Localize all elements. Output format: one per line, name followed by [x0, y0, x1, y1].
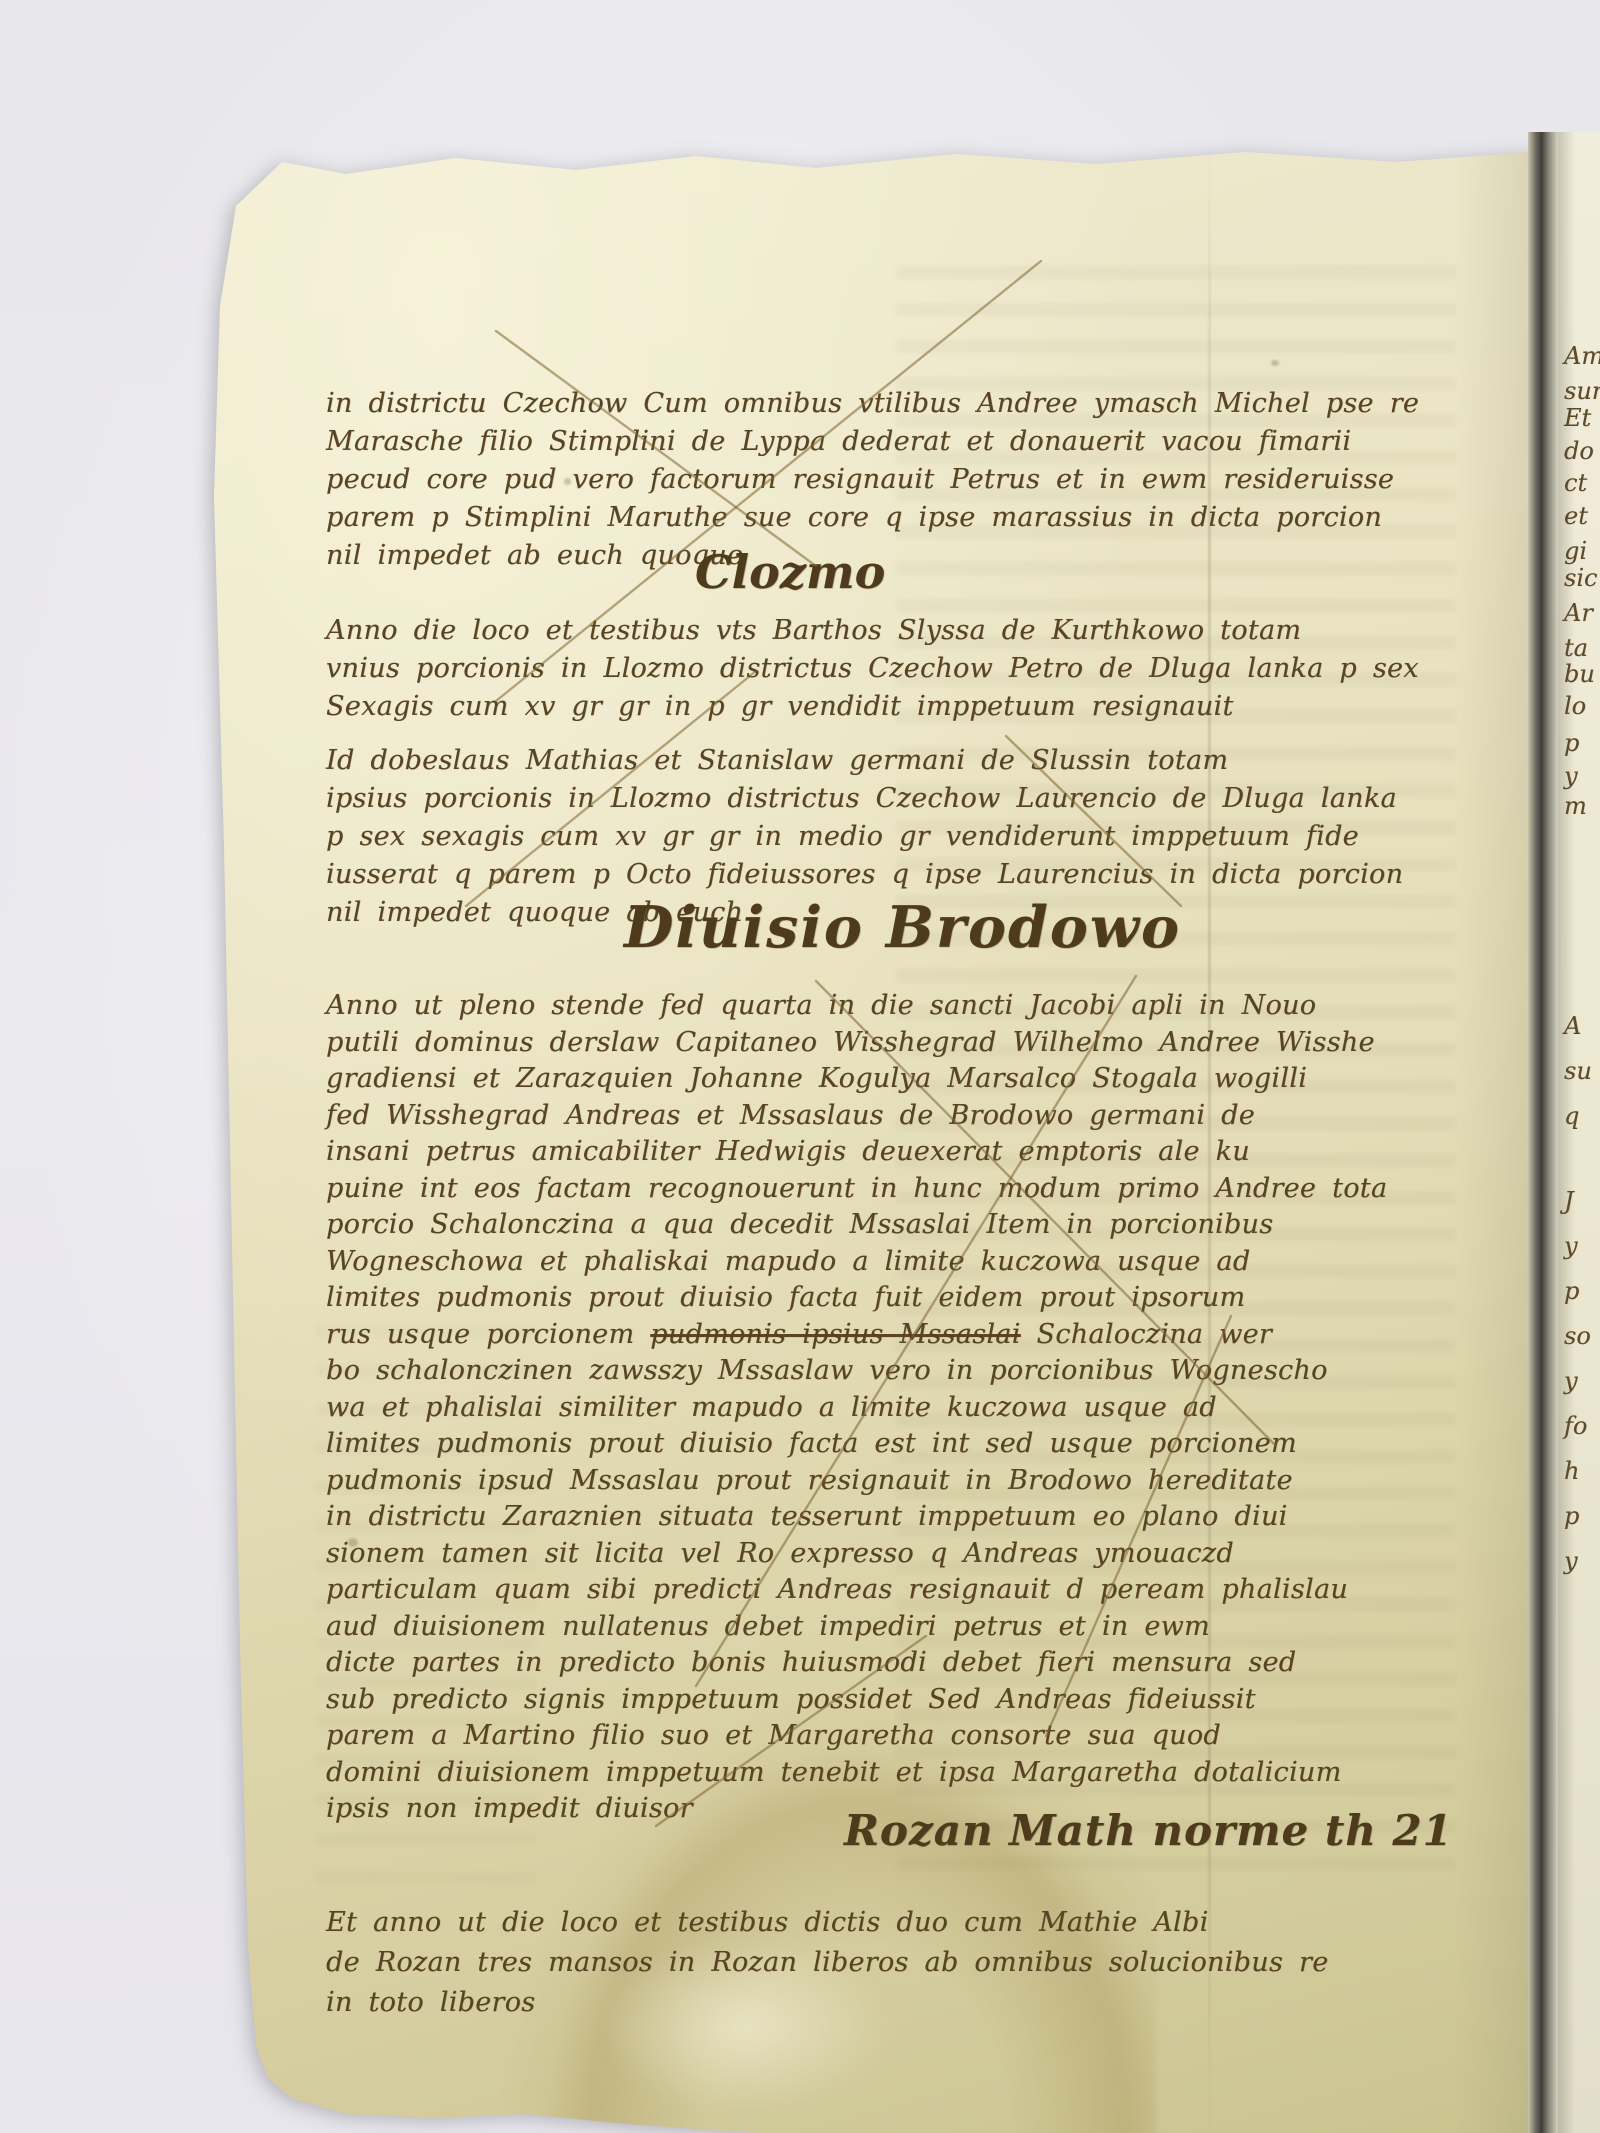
facing-page-line-fragment: y	[1564, 1367, 1578, 1395]
manuscript-line: pudmonis ipsud Mssaslau prout resignauit…	[326, 1463, 1506, 1500]
manuscript-line: particulam quam sibi predicti Andreas re…	[326, 1572, 1506, 1609]
facing-page-edge: AmsumEtdoctetgisicArtabulopymAsuqJypsoyf…	[1558, 132, 1600, 2133]
manuscript-line: de Rozan tres mansos in Rozan liberos ab…	[326, 1943, 1506, 1983]
manuscript-line: putili dominus derslaw Capitaneo Wissheg…	[326, 1025, 1506, 1062]
facing-page-line-fragment: q	[1564, 1102, 1579, 1130]
facing-page-line-fragment: p	[1564, 729, 1579, 757]
facing-page-line-fragment: p	[1564, 1502, 1579, 1530]
facing-page-line-fragment: sum	[1564, 377, 1600, 405]
facing-page-line-fragment: ta	[1564, 634, 1588, 662]
manuscript-line: Id dobeslaus Mathias et Stanislaw german…	[326, 742, 1506, 780]
manuscript-line: nil impedet ab euch quoque	[326, 537, 1506, 575]
facing-page-line-fragment: Ar	[1564, 599, 1593, 627]
manuscript-line: limites pudmonis prout diuisio facta est…	[326, 1426, 1506, 1463]
manuscript-line: Wogneschowa et phaliskai mapudo a limite…	[326, 1244, 1506, 1281]
scan-background: in districtu Czechow Cum omnibus vtilibu…	[0, 0, 1600, 2133]
entry-paragraph-5: Et anno ut die loco et testibus dictis d…	[326, 1903, 1506, 2023]
manuscript-line: domini diuisionem imppetuum tenebit et i…	[326, 1755, 1506, 1792]
manuscript-page-wrap: in districtu Czechow Cum omnibus vtilibu…	[196, 146, 1548, 2133]
binding-gutter	[1528, 132, 1558, 2133]
facing-page-line-fragment: sic	[1564, 564, 1597, 592]
ink-spot	[1271, 360, 1279, 366]
facing-page-line-fragment: bu	[1564, 660, 1595, 688]
facing-page-line-fragment: m	[1564, 792, 1587, 820]
facing-page-line-fragment: y	[1564, 1547, 1578, 1575]
facing-page-line-fragment: et	[1564, 502, 1588, 530]
section-heading-rozan: Rozan Math norme th 21	[844, 1806, 1453, 1855]
entry-paragraph-4: Anno ut pleno stende fed quarta in die s…	[326, 988, 1506, 1828]
manuscript-line: wa et phalislai similiter mapudo a limit…	[326, 1390, 1506, 1427]
facing-page-line-fragment: do	[1564, 437, 1594, 465]
facing-page-line-fragment: lo	[1564, 692, 1586, 720]
manuscript-line: ipsius porcionis in Llozmo districtus Cz…	[326, 780, 1506, 818]
manuscript-line: Marasche filio Stimplini de Lyppa dedera…	[326, 423, 1506, 461]
manuscript-line: insani petrus amicabiliter Hedwigis deue…	[326, 1134, 1506, 1171]
manuscript-line: puine int eos factam recognouerunt in hu…	[326, 1171, 1506, 1208]
entry-paragraph-2: Anno die loco et testibus vts Barthos Sl…	[326, 612, 1506, 726]
facing-page-line-fragment: h	[1564, 1457, 1579, 1485]
facing-page-line-fragment: J	[1564, 1187, 1574, 1215]
manuscript-line: Et anno ut die loco et testibus dictis d…	[326, 1903, 1506, 1943]
facing-page-line-fragment: ct	[1564, 469, 1587, 497]
section-heading-clozmo: Clozmo	[695, 545, 885, 599]
facing-page-line-fragment: p	[1564, 1277, 1579, 1305]
manuscript-line: aud diuisionem nullatenus debet impediri…	[326, 1609, 1506, 1646]
manuscript-line: parem a Martino filio suo et Margaretha …	[326, 1718, 1506, 1755]
manuscript-line: porcio Schalonczina a qua decedit Mssasl…	[326, 1207, 1506, 1244]
manuscript-line: parem p Stimplini Maruthe sue core q ips…	[326, 499, 1506, 537]
struck-through-text: pudmonis ipsius Mssaslai	[650, 1319, 1020, 1350]
facing-page-line-fragment: gi	[1564, 537, 1587, 565]
manuscript-line: in districtu Zaraznien situata tesserunt…	[326, 1499, 1506, 1536]
entry-paragraph-1: in districtu Czechow Cum omnibus vtilibu…	[326, 385, 1506, 575]
manuscript-line: sionem tamen sit licita vel Ro expresso …	[326, 1536, 1506, 1573]
manuscript-line: iusserat q parem p Octo fideiussores q i…	[326, 856, 1506, 894]
facing-page-line-fragment: fo	[1564, 1412, 1587, 1440]
manuscript-line: Sexagis cum xv gr gr in p gr vendidit im…	[326, 688, 1506, 726]
manuscript-line: bo schalonczinen zawsszy Mssaslaw vero i…	[326, 1353, 1506, 1390]
manuscript-line: fed Wisshegrad Andreas et Mssaslaus de B…	[326, 1098, 1506, 1135]
facing-page-line-fragment: Et	[1564, 404, 1591, 432]
facing-page-line-fragment: so	[1564, 1322, 1591, 1350]
manuscript-line: vnius porcionis in Llozmo districtus Cze…	[326, 650, 1506, 688]
facing-page-line-fragment: y	[1564, 1232, 1578, 1260]
manuscript-line: p sex sexagis cum xv gr gr in medio gr v…	[326, 818, 1506, 856]
facing-page-line-fragment: y	[1564, 762, 1578, 790]
manuscript-line: dicte partes in predicto bonis huiusmodi…	[326, 1645, 1506, 1682]
manuscript-line: in toto liberos	[326, 1983, 1506, 2023]
manuscript-line: gradiensi et Zarazquien Johanne Kogulya …	[326, 1061, 1506, 1098]
manuscript-line: limites pudmonis prout diuisio facta fui…	[326, 1280, 1506, 1317]
facing-page-line-fragment: Am	[1564, 342, 1600, 370]
manuscript-line: pecud core pud vero factorum resignauit …	[326, 461, 1506, 499]
section-heading-diuisio-brodowo: Diuisio Brodowo	[624, 894, 1181, 961]
manuscript-line: in districtu Czechow Cum omnibus vtilibu…	[326, 385, 1506, 423]
manuscript-line: Anno die loco et testibus vts Barthos Sl…	[326, 612, 1506, 650]
manuscript-line: sub predicto signis imppetuum possidet S…	[326, 1682, 1506, 1719]
manuscript-line: Anno ut pleno stende fed quarta in die s…	[326, 988, 1506, 1025]
facing-page-line-fragment: su	[1564, 1057, 1592, 1085]
manuscript-line: rus usque porcionem pudmonis ipsius Mssa…	[326, 1317, 1506, 1354]
facing-page-line-fragment: A	[1564, 1012, 1581, 1040]
manuscript-page: in districtu Czechow Cum omnibus vtilibu…	[196, 146, 1548, 2133]
